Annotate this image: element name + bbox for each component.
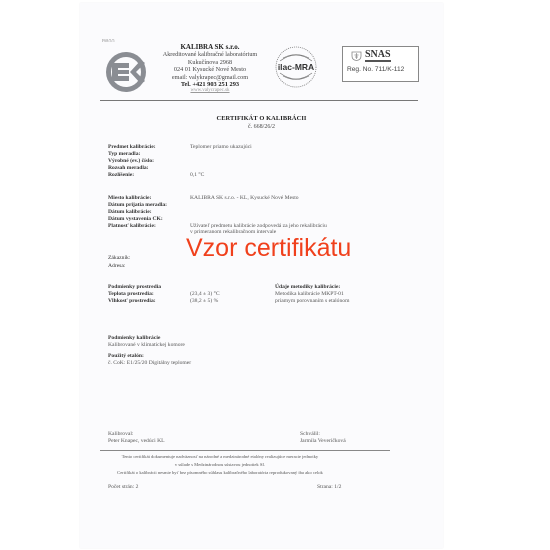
company-email: email: valykrapec@gmail.com: [150, 74, 270, 82]
method-heading: Údaje metodiky kalibrácie:: [275, 284, 340, 290]
field-label: Dátum prijatia meradla:: [108, 202, 167, 208]
field-value: 0,1 °C: [190, 172, 204, 179]
customer-row: Zákazník:: [108, 246, 130, 253]
snas-title: SNAS: [365, 50, 391, 62]
footer-note-line: v súlade s Medzinárodnou sústavou jednot…: [80, 462, 360, 467]
ilac-label: ilac-MRA: [278, 62, 314, 72]
address-label: Adresa:: [108, 263, 125, 269]
document-mark: F68/5/5: [102, 38, 114, 43]
temperature-label: Teplota prostredia:: [108, 291, 154, 297]
field-label: Predmet kalibrácie:: [108, 144, 156, 150]
field-label: Dátum kalibrácie:: [108, 209, 152, 215]
standard-value: č. CoK: E1/25/20 Digitálny teplomer: [108, 360, 191, 367]
sample-watermark: Vzor certifikátu: [186, 234, 351, 263]
page-number: Strana: 1/2: [317, 484, 341, 491]
humidity-value: (38,2 ± 5) %: [190, 298, 218, 305]
humidity-label: Vlhkosť prostredia:: [108, 298, 156, 304]
field-label: Platnosť kalibrácie:: [108, 223, 156, 229]
page-count: Počet strán: 2: [108, 484, 138, 491]
snas-registration: Reg. No. 711/K-112: [347, 66, 404, 73]
company-line: Kukučínova 2968: [150, 59, 270, 67]
snas-badge: SNAS Reg. No. 711/K-112: [342, 46, 419, 82]
approved-by-label: Schválil:: [300, 431, 320, 438]
field-label: Rozlíšenie:: [108, 172, 134, 178]
header-divider: [100, 100, 418, 101]
approved-by-name: Jarmila Veveričková: [300, 438, 346, 445]
kalibra-logo-icon: [103, 49, 149, 95]
field-label: Rozsah meradla:: [108, 165, 149, 171]
company-line: Akreditované kalibračné laboratórium: [150, 51, 270, 59]
method-line: priamym porovnaním s etalónom: [275, 298, 349, 305]
certificate-number: č. 668/26/2: [80, 124, 443, 130]
temperature-value: (23,4 ± 3) °C: [190, 291, 220, 298]
company-website[interactable]: www.valycrapec.sk: [150, 88, 270, 93]
company-line: 024 01 Kysucké Nové Mesto: [150, 66, 270, 74]
slovak-emblem-icon: [351, 51, 362, 61]
certificate-page: F68/5/5 KALIBRA SK s.r.o. Akreditované k…: [80, 3, 443, 548]
calibrated-by-name: Peter Knapec, vedúci KL: [108, 438, 165, 445]
method-line: Metodika kalibrácie MKPT-01: [275, 291, 344, 298]
field-label: Výrobné (ev.) číslo:: [108, 158, 154, 164]
footer-note-line: Tento certifikát dokumentuje nadväznosť …: [80, 454, 360, 459]
conditions-heading: Podmienky kalibrácie: [108, 335, 160, 341]
footer-note-line: Certifikát o kalibrácii nesmie byť bez p…: [80, 470, 360, 475]
field-value: Teplomer priamo ukazujúci: [190, 144, 252, 151]
conditions-value: Kalibrované v klimatickej komore: [108, 342, 185, 349]
company-block: KALIBRA SK s.r.o. Akreditované kalibračn…: [150, 43, 270, 93]
address-row: Adresa:: [108, 254, 125, 261]
field-label: Dátum vystavenia CK:: [108, 216, 163, 222]
standard-heading: Použitý etalón:: [108, 353, 144, 359]
certificate-title: CERTIFIKÁT O KALIBRÁCII: [80, 115, 443, 122]
company-phone: Tel. +421 903 251 293: [150, 81, 270, 88]
footer-divider: [100, 450, 390, 451]
calibrated-by-label: Kalibroval:: [108, 431, 133, 438]
company-name: KALIBRA SK s.r.o.: [150, 43, 270, 51]
field-value: KALIBRA SK s.r.o. - KL, Kysucké Nové Mes…: [190, 195, 299, 202]
field-label: Miesto kalibrácie:: [108, 195, 151, 201]
field-label: Typ meradla:: [108, 151, 140, 157]
environment-heading: Podmienky prostredia: [108, 284, 161, 290]
ilac-mra-logo-icon: ilac-MRA: [274, 45, 318, 89]
